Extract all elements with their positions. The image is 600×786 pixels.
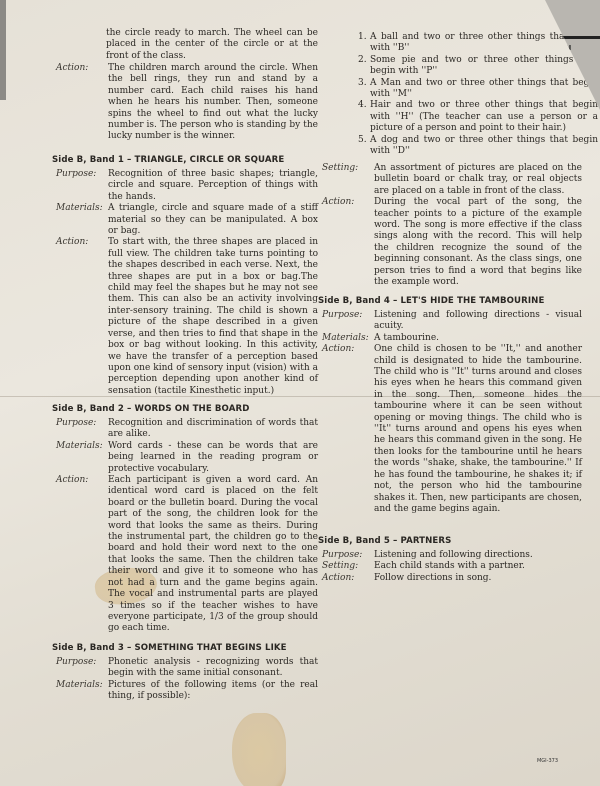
list-item: 1.A ball and two or three other things t… (358, 32, 598, 55)
materials-label: Materials: (56, 203, 108, 237)
band3-heading: Side B, Band 3 – SOMETHING THAT BEGINS L… (52, 643, 318, 653)
action-label: Action: (56, 63, 108, 143)
purpose-label: Purpose: (56, 657, 108, 680)
purpose-label: Purpose: (56, 418, 108, 441)
left-edge-strip (0, 0, 6, 100)
band3-action: During the vocal part of the song, the t… (374, 197, 582, 288)
action-label: Action: (56, 475, 108, 635)
items-list: 1.A ball and two or three other things t… (322, 32, 598, 157)
band2-materials: Word cards - these can be words that are… (108, 441, 318, 475)
document-page: the circle ready to march. The wheel can… (0, 0, 600, 786)
band3-section: Side B, Band 3 – SOMETHING THAT BEGINS L… (56, 643, 318, 703)
materials-label: Materials: (322, 333, 374, 344)
action-label: Action: (322, 573, 374, 584)
band4-purpose: Listening and following directions - vis… (374, 310, 582, 333)
band1-materials: A triangle, circle and square made of a … (108, 203, 318, 237)
band1-action: To start with, the three shapes are plac… (108, 237, 318, 397)
purpose-label: Purpose: (56, 169, 108, 203)
action-label: Action: (322, 344, 374, 515)
setting-label: Setting: (322, 163, 374, 197)
band2-heading: Side B, Band 2 – WORDS ON THE BOARD (52, 404, 318, 414)
band2-action: Each participant is given a word card. A… (108, 475, 318, 635)
band1-heading: Side B, Band 1 – TRIANGLE, CIRCLE OR SQU… (52, 155, 318, 165)
band4-action: One child is chosen to be ''It,'' and an… (374, 344, 582, 515)
intro-action-text: The children march around the circle. Wh… (108, 63, 318, 143)
band5-setting: Each child stands with a partner. (374, 561, 582, 572)
band1-section: Side B, Band 1 – TRIANGLE, CIRCLE OR SQU… (56, 155, 318, 397)
band4-section: Side B, Band 4 – LET'S HIDE THE TAMBOURI… (322, 296, 582, 515)
list-item: 2.Some pie and two or three other things… (358, 55, 598, 78)
band3-materials: Pictures of the following items (or the … (108, 680, 318, 703)
list-item: 4.Hair and two or three other things tha… (358, 100, 598, 134)
purpose-label: Purpose: (322, 550, 374, 561)
band4-materials: A tambourine. (374, 333, 582, 344)
band5-action: Follow directions in song. (374, 573, 582, 584)
action-label: Action: (322, 197, 374, 288)
purpose-label: Purpose: (322, 310, 374, 333)
band3-setting: An assortment of pictures are placed on … (374, 163, 582, 197)
catalog-number: MGI-373 (537, 758, 558, 764)
band3-purpose: Phonetic analysis - recognizing words th… (108, 657, 318, 680)
action-label: Action: (56, 237, 108, 397)
band5-heading: Side B, Band 5 – PARTNERS (318, 536, 582, 546)
band5-section: Side B, Band 5 – PARTNERS Purpose:Listen… (322, 536, 582, 584)
coffee-stain-large (232, 713, 286, 786)
intro-continuation: the circle ready to march. The wheel can… (106, 28, 318, 62)
list-item: 3.A Man and two or three other things th… (358, 78, 598, 101)
band4-heading: Side B, Band 4 – LET'S HIDE THE TAMBOURI… (318, 296, 582, 306)
band5-purpose: Listening and following directions. (374, 550, 582, 561)
materials-label: Materials: (56, 441, 108, 475)
band2-purpose: Recognition and discrimination of words … (108, 418, 318, 441)
setting-label: Setting: (322, 561, 374, 572)
band2-section: Side B, Band 2 – WORDS ON THE BOARD Purp… (56, 404, 318, 635)
band1-purpose: Recognition of three basic shapes; trian… (108, 169, 318, 203)
materials-label: Materials: (56, 680, 108, 703)
list-item: 5.A dog and two or three other things th… (358, 135, 598, 158)
